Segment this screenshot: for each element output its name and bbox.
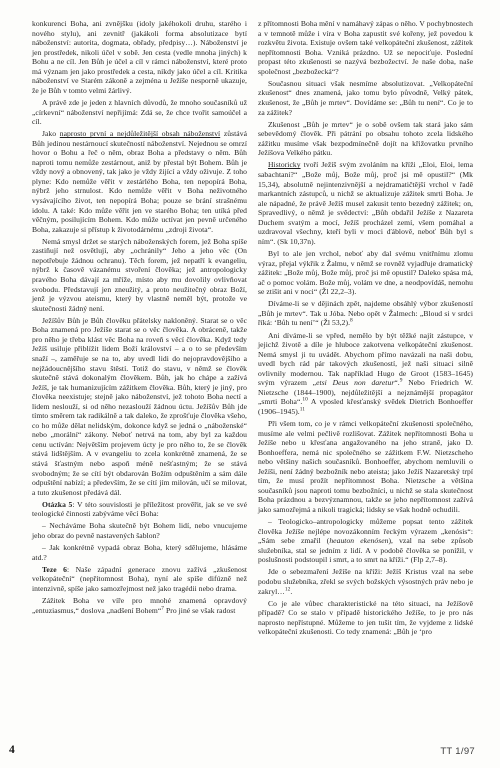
paragraph: z přítomnosti Boha mění v namáhavý zápas… <box>258 19 473 76</box>
scanned-journal-page: konkurenci Boha, ani zvnějšku (idoly jak… <box>0 0 500 768</box>
text-column-right: z přítomnosti Boha mění v namáhavý zápas… <box>258 19 473 639</box>
text-run: – Necháváme Boha skutečně být Bohem lidí… <box>32 521 247 540</box>
journal-issue-label: TT 1/97 <box>440 746 475 757</box>
text-run: Díváme-li se v dějinách zpět, najdeme ob… <box>258 299 473 327</box>
text-run: Co je ale vůbec charakteristické na této… <box>258 599 473 637</box>
text-run: tvoří Ježíš svým zvoláním na kříži „Eloi… <box>258 160 473 245</box>
paragraph: Současnou situaci však nesmíme absolutiz… <box>258 79 473 117</box>
text-column-left: konkurenci Boha, ani zvnějšku (idoly jak… <box>32 19 247 618</box>
text-run: Teze 6 <box>42 565 67 574</box>
text-run: A právě zde je jeden z hlavních důvodů, … <box>32 98 247 126</box>
paragraph: Při všem tom, co je v rámci velkopáteční… <box>258 419 473 514</box>
text-run: Nemá smysl držet se starých náboženských… <box>32 237 247 313</box>
text-run: – Jak konkrétně vypadá obraz Boha, který… <box>32 543 247 562</box>
text-run: Zkušenost „Bůh je mrtev“ je o sobě ovšem… <box>258 120 473 158</box>
text-run: . <box>290 587 292 596</box>
paragraph: Co je ale vůbec charakteristické na této… <box>258 599 473 637</box>
text-run: Jako <box>42 129 60 138</box>
text-run: etsi Deus non daretur <box>316 378 394 387</box>
footnote-marker: 8 <box>350 318 353 324</box>
text-run: Ježíšův Bůh je Bůh člověku přátelsky nak… <box>32 316 247 497</box>
paragraph: – Jak konkrétně vypadá obraz Boha, který… <box>32 543 247 562</box>
text-run: z přítomnosti Boha mění v namáhavý zápas… <box>258 19 473 76</box>
paragraph: Historicky tvoří Ježíš svým zvoláním na … <box>258 160 473 246</box>
text-run: Při všem tom, co je v rámci velkopáteční… <box>258 419 473 514</box>
paragraph: – Teologicko–antropologicky můžeme popsa… <box>258 517 473 565</box>
paragraph: Díváme-li se v dějinách zpět, najdeme ob… <box>258 299 473 328</box>
text-run: heauton ekenósen <box>329 536 388 545</box>
text-run: konkurenci Boha, ani zvnějšku (idoly jak… <box>32 19 247 95</box>
paragraph: Jako naprosto první a nejdůležitější obs… <box>32 129 247 234</box>
text-run: naprosto první a nejdůležitější obsah ná… <box>60 129 220 138</box>
text-run: Historicky <box>268 160 301 169</box>
paragraph: Byl to ale jen vrchol, neboť aby dal své… <box>258 249 473 297</box>
paragraph: A právě zde je jeden z hlavních důvodů, … <box>32 98 247 127</box>
paragraph: – Necháváme Boha skutečně být Bohem lidí… <box>32 521 247 540</box>
paragraph: Nemá smysl držet se starých náboženských… <box>32 237 247 313</box>
paragraph: Ani díváme-li se vpřed, nemělo by být tě… <box>258 331 473 417</box>
paragraph: Ježíšův Bůh je Bůh člověku přátelsky nak… <box>32 316 247 497</box>
page-number: 4 <box>9 744 15 756</box>
footnote-marker: 11 <box>300 406 305 412</box>
paragraph: Jde o sebezmaření Ježíše na kříži: Ježíš… <box>258 567 473 596</box>
paragraph: Zkušenost „Bůh je mrtev“ je o sobě ovšem… <box>258 120 473 158</box>
paragraph: Otázka 5: V této souvislosti je příležit… <box>32 500 247 519</box>
text-run: zůstává Bůh jedinou nestárnoucí skutečno… <box>32 129 247 233</box>
text-run: Pro jiné se však radost <box>164 606 235 615</box>
text-run: Otázka 5 <box>42 500 72 509</box>
text-run: Současnou situaci však nesmíme absolutiz… <box>258 79 473 117</box>
paragraph: konkurenci Boha, ani zvnějšku (idoly jak… <box>32 19 247 95</box>
text-run: Byl to ale jen vrchol, neboť aby dal své… <box>258 249 473 296</box>
paragraph: Teze 6: Naše západní generace znovu zaží… <box>32 565 247 594</box>
paragraph: Zážitek Boha ve víře pro mnohé znamená o… <box>32 596 247 615</box>
